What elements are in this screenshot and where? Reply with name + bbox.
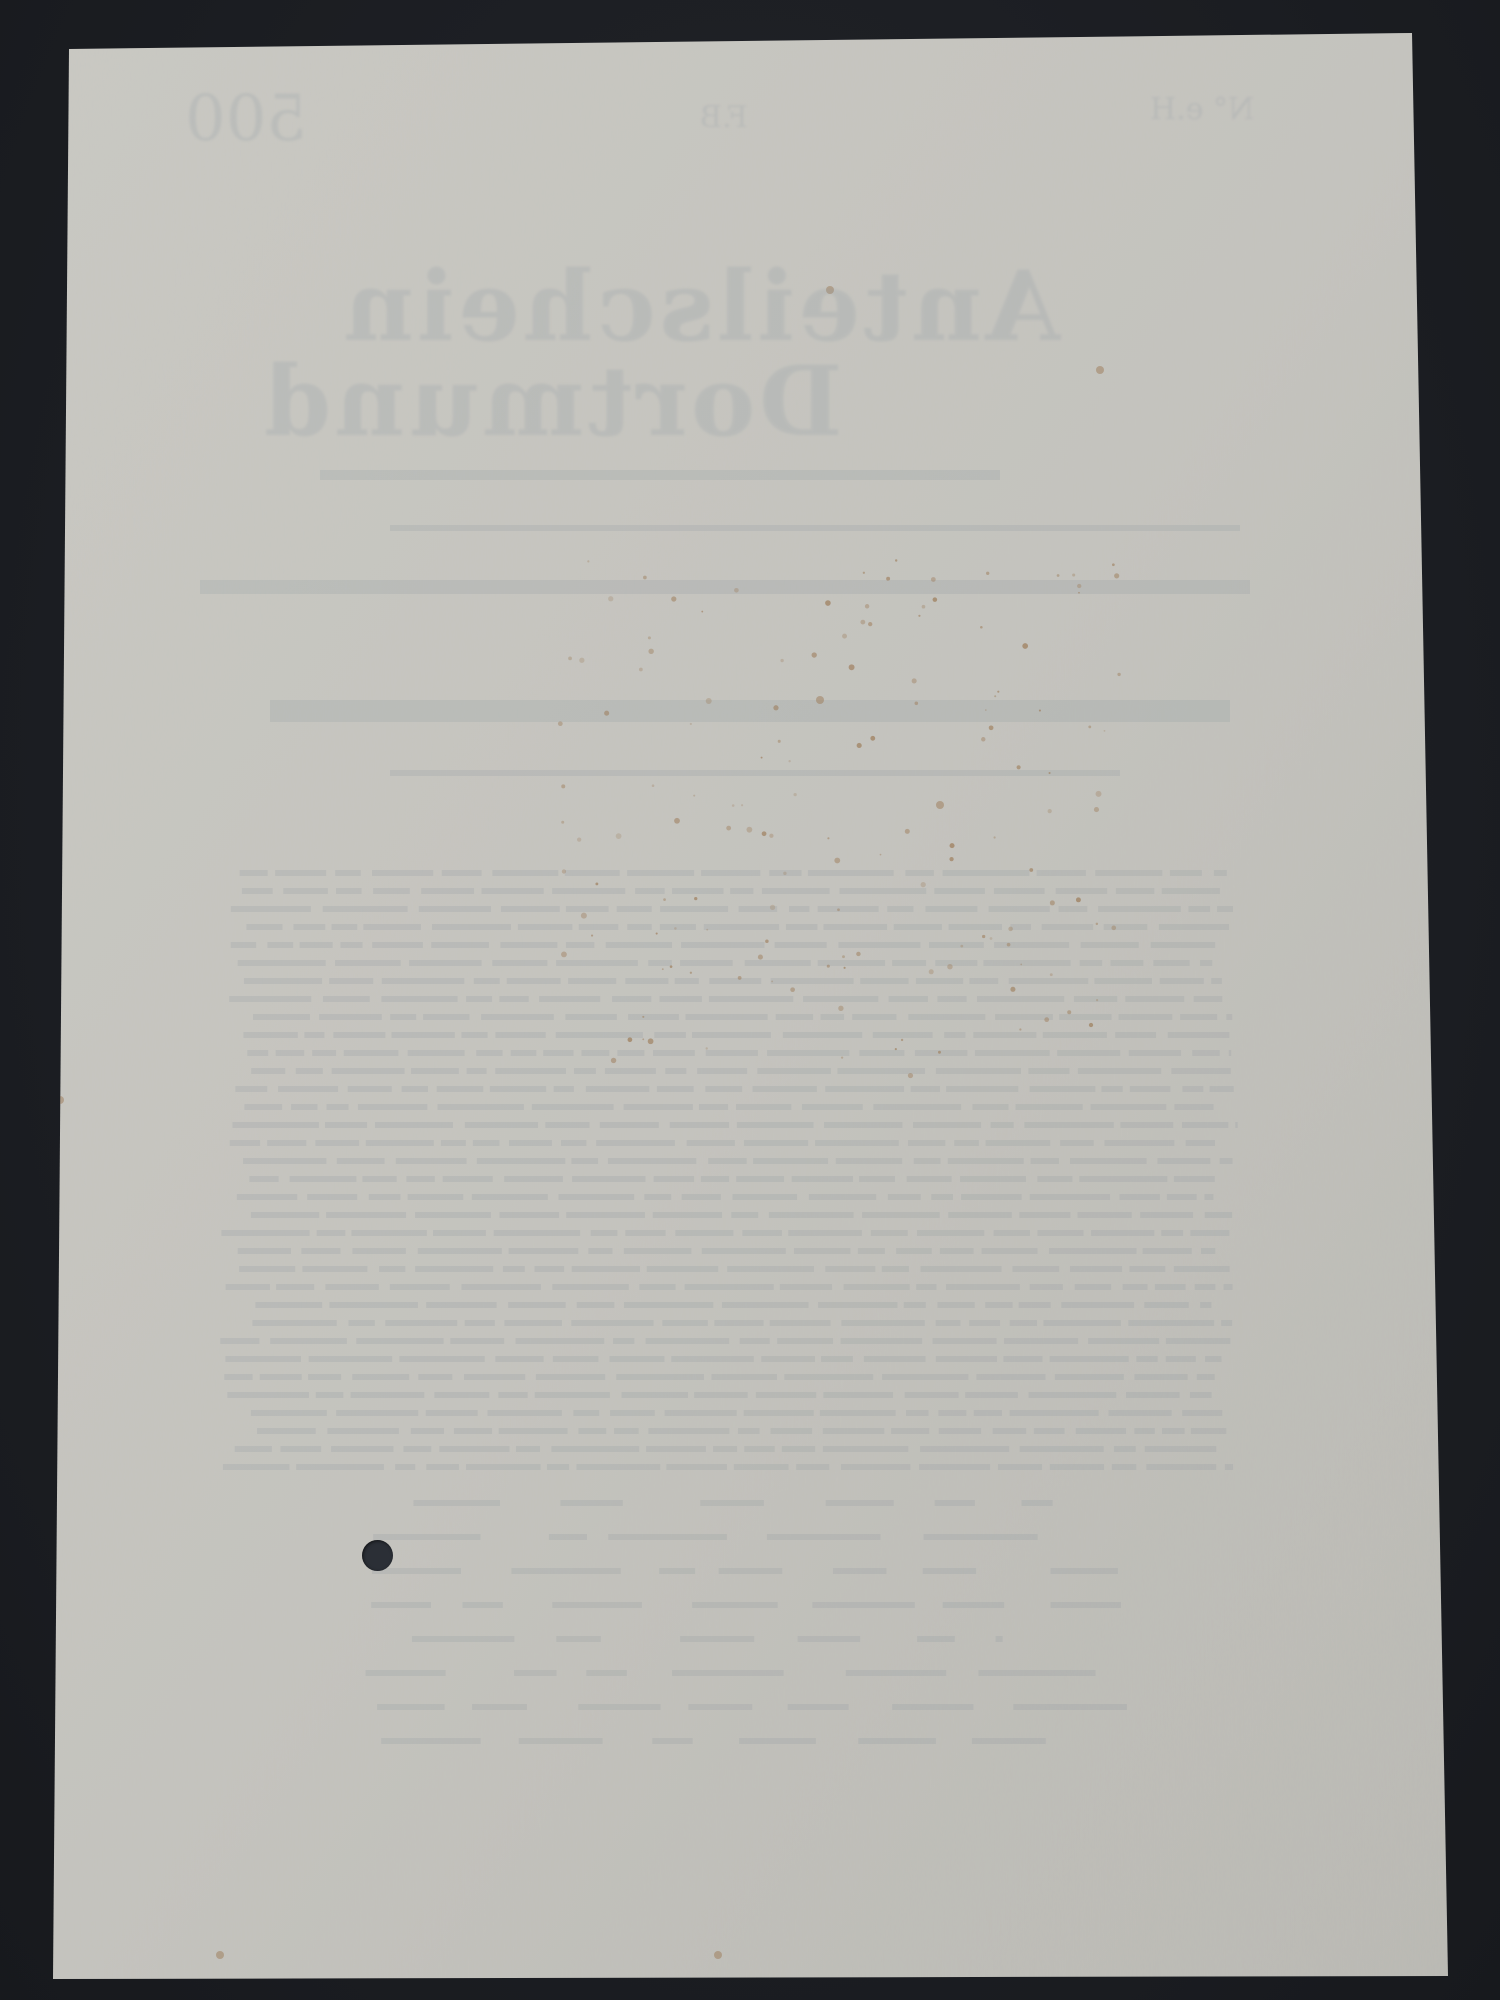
punch-hole — [362, 1540, 393, 1571]
photo-stage: 500 F.B N° e.H Anteilschein Dortmund — [0, 0, 1500, 2000]
paper-sheet — [0, 0, 1500, 2000]
